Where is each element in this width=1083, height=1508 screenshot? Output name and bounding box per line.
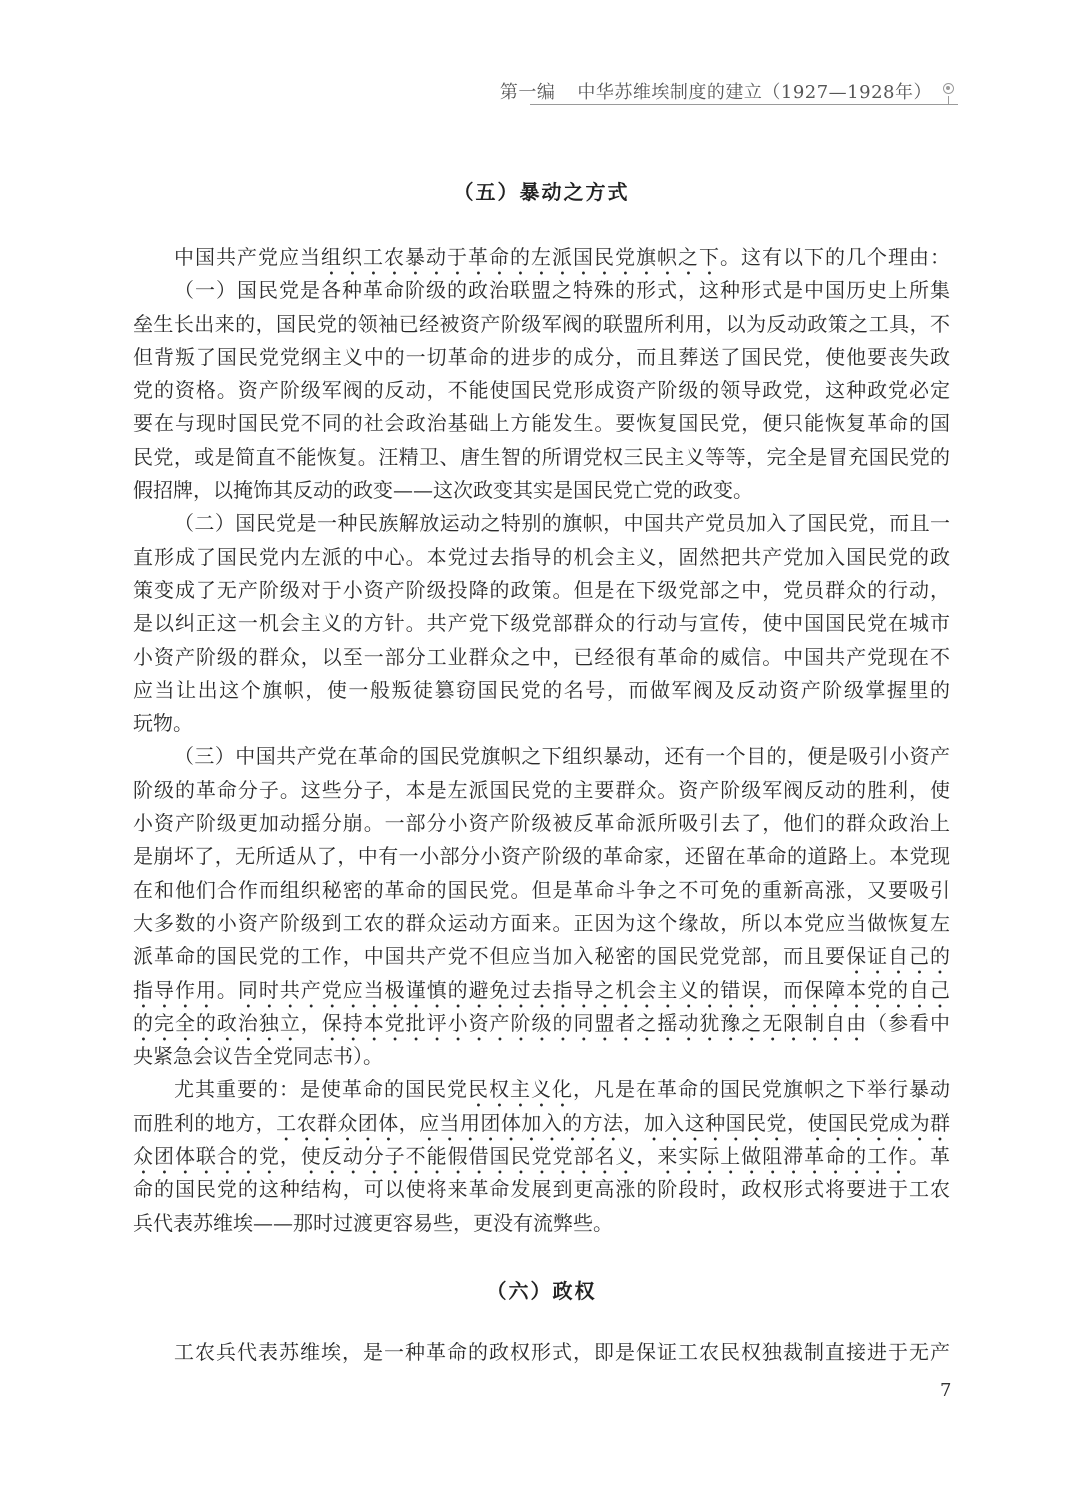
- text-segment: 小资产阶级的群众，以至一部分工业群众之中，已经很有革命的威信。中国共产党现在不: [133, 645, 950, 669]
- emphasized-text: 指导作用。同时共产党应当极谨慎的避免过去指导之机会主义的错误，而保障本党的自己: [133, 978, 950, 1002]
- text-segment: 应当让出这个旗帜，使一般叛徒篡窃国民党的名号，而做军阀及反动资产阶级掌握里的: [133, 678, 950, 702]
- text-segment: 工农兵代表苏维埃，是一种革命的政权形式，即是保证工农民权独裁制直接进于无产: [174, 1340, 950, 1364]
- text-line: 小资产阶级更加动摇分崩。一部分小资产阶级被反革命派所吸引去了，他们的群众政治上: [133, 807, 950, 840]
- text-segment: 尤其重要的：是使革命的国民党: [174, 1077, 468, 1101]
- text-segment: 。革: [909, 1144, 950, 1168]
- text-line: （三）中国共产党在革命的国民党旗帜之下组织暴动，还有一个目的，便是吸引小资产: [133, 740, 950, 773]
- text-line: 是崩坏了，无所适从了，中有一小部分小资产阶级的革命家，还留在革命的道路上。本党现: [133, 840, 950, 873]
- section-5-body: 中国共产党应当组织工农暴动于革命的左派国民党旗帜之下。这有以下的几个理由：（一）…: [133, 241, 950, 1240]
- text-line: 玩物。: [133, 707, 950, 740]
- text-segment: 党的资格。资产阶级军阀的反动，不能使国民党形成资产阶级的领导政党，这种政党必定: [133, 378, 950, 402]
- text-segment: 策变成了无产阶级对于小资产阶级投降的政策。但是在下级党部之中，党员群众的行动，: [133, 578, 950, 602]
- text-line: 小资产阶级的群众，以至一部分工业群众之中，已经很有革命的威信。中国共产党现在不: [133, 641, 950, 674]
- text-segment: （参看中: [867, 1011, 950, 1035]
- text-line: 尤其重要的：是使革命的国民党民权主义化，凡是在革命的国民党旗帜之下举行暴动: [133, 1073, 950, 1106]
- text-line: （一）国民党是各种革命阶级的政治联盟之特殊的形式，这种形式是中国历史上所集: [133, 274, 950, 307]
- text-line: 假招牌，以掩饰其反动的政变——这次政变其实是国民党亡党的政变。: [133, 474, 950, 507]
- text-segment: 派革命的国民党的工作，中国共产党不但应当加入秘密的国民党党部，而且要: [133, 944, 846, 968]
- emphasized-text: 工农群众团体，应当用团体加入的方法，加入这种国民党，使国民党成为群: [276, 1111, 950, 1135]
- text-line: 众团体联合的党，使反动分子不能假借国民党党部名义，来实际上做阻滞革命的工作。革: [133, 1140, 950, 1173]
- section-6-body: 工农兵代表苏维埃，是一种革命的政权形式，即是保证工农民权独裁制直接进于无产: [133, 1336, 950, 1369]
- text-segment: 。这有以下的几个理由：: [720, 245, 950, 269]
- text-line: 命的国民党的这种结构，可以使将来革命发展到更高涨的阶段时，政权形式将要进于工农: [133, 1173, 950, 1206]
- text-line: 党的资格。资产阶级军阀的反动，不能使国民党形成资产阶级的领导政党，这种政党必定: [133, 374, 950, 407]
- text-line: 应当让出这个旗帜，使一般叛徒篡窃国民党的名号，而做军阀及反动资产阶级掌握里的: [133, 674, 950, 707]
- header-text: 第一编中华苏维埃制度的建立（1927—1928年）: [500, 78, 932, 104]
- text-line: 央紧急会议告全党同志书）。: [133, 1040, 950, 1073]
- text-segment: 在和他们合作而组织秘密的革命的国民党。但是革命斗争之不可免的重新高涨，又要吸引: [133, 878, 950, 902]
- text-segment: 小资产阶级更加动摇分崩。一部分小资产阶级被反革命派所吸引去了，他们的群众政治上: [133, 811, 950, 835]
- text-segment: 假招牌，以掩饰其反动的政变——这次政变其实是国民党亡党的政变。: [133, 478, 753, 502]
- emphasized-text: 的完全的政治独立，保持本党批评小资产阶级的同盟者之摇动犹豫之无限制自由: [133, 1011, 867, 1035]
- text-line: 大多数的小资产阶级到工农的群众运动方面来。正因为这个缘故，所以本党应当做恢复左: [133, 907, 950, 940]
- emphasized-text: 保证自己的: [846, 944, 950, 968]
- text-line: 是以纠正这一机会主义的方针。共产党下级党部群众的行动与宣传，使中国国民党在城市: [133, 607, 950, 640]
- circle-bullet-icon: [943, 83, 954, 94]
- text-segment: 中国共产党应当: [174, 245, 321, 269]
- text-segment: 兵代表苏维埃——那时过渡更容易些，更没有流弊些。: [133, 1211, 613, 1235]
- text-line: 的完全的政治独立，保持本党批评小资产阶级的同盟者之摇动犹豫之无限制自由（参看中: [133, 1007, 950, 1040]
- text-line: 派革命的国民党的工作，中国共产党不但应当加入秘密的国民党党部，而且要保证自己的: [133, 940, 950, 973]
- text-segment: 而胜利的地方，: [133, 1111, 276, 1135]
- text-line: 在和他们合作而组织秘密的革命的国民党。但是革命斗争之不可免的重新高涨，又要吸引: [133, 874, 950, 907]
- page-number: 7: [940, 1380, 951, 1401]
- text-line: （二）国民党是一种民族解放运动之特别的旗帜，中国共产党员加入了国民党，而且一: [133, 507, 950, 540]
- header-title: 中华苏维埃制度的建立（1927—1928年）: [577, 82, 932, 103]
- text-line: 民党，或是简直不能恢复。汪精卫、唐生智的所谓党权三民主义等等，完全是冒充国民党的: [133, 441, 950, 474]
- text-line: 兵代表苏维埃——那时过渡更容易些，更没有流弊些。: [133, 1207, 950, 1240]
- text-segment: 是以纠正这一机会主义的方针。共产党下级党部群众的行动与宣传，使中国国民党在城市: [133, 611, 950, 635]
- text-segment: 命的国民党的这种结构，可以使将来革命发展到更高涨的阶段时，政权形式将要进于工农: [133, 1177, 950, 1201]
- text-segment: ，凡是在革命的国民党旗帜之下举行暴动: [573, 1077, 950, 1101]
- text-segment: （三）中国共产党在革命的国民党旗帜之下组织暴动，还有一个目的，便是吸引小资产: [174, 744, 950, 768]
- emphasized-text: 组织工农暴动于革命的左派国民党旗帜之下: [321, 245, 720, 269]
- text-line: 工农兵代表苏维埃，是一种革命的政权形式，即是保证工农民权独裁制直接进于无产: [133, 1336, 950, 1369]
- text-segment: 民党，或是简直不能恢复。汪精卫、唐生智的所谓党权三民主义等等，完全是冒充国民党的: [133, 445, 950, 469]
- text-segment: 是崩坏了，无所适从了，中有一小部分小资产阶级的革命家，还留在革命的道路上。本党现: [133, 844, 950, 868]
- header-part: 第一编: [500, 82, 556, 103]
- text-line: 指导作用。同时共产党应当极谨慎的避免过去指导之机会主义的错误，而保障本党的自己: [133, 974, 950, 1007]
- text-line: 阶级的革命分子。这些分子，本是左派国民党的主要群众。资产阶级军阀反动的胜利，使: [133, 774, 950, 807]
- running-header: 第一编中华苏维埃制度的建立（1927—1928年）: [530, 74, 958, 105]
- emphasized-text: 民权主义化: [468, 1077, 573, 1101]
- text-line: 策变成了无产阶级对于小资产阶级投降的政策。但是在下级党部之中，党员群众的行动，: [133, 574, 950, 607]
- text-segment: 要在与现时国民党不同的社会政治基础上方能发生。要恢复国民党，便只能恢复革命的国: [133, 411, 950, 435]
- text-segment: 垒生长出来的，国民党的领袖已经被资产阶级军阀的联盟所利用，以为反动政策之工具，不: [133, 312, 950, 336]
- text-segment: 直形成了国民党内左派的中心。本党过去指导的机会主义，固然把共产党加入国民党的政: [133, 545, 950, 569]
- emphasized-text: 众团体联合的党，使反动分子不能假借国民党党部名义，来实际上做阻滞革命的工作: [133, 1144, 909, 1168]
- header-rule-tick: [948, 96, 949, 105]
- text-segment: 央紧急会议告全党同志书）。: [133, 1044, 383, 1068]
- text-segment: （二）国民党是一种民族解放运动之特别的旗帜，中国共产党员加入了国民党，而且一: [174, 511, 950, 535]
- section-title-6: （六）政权: [0, 1275, 1083, 1304]
- text-line: 要在与现时国民党不同的社会政治基础上方能发生。要恢复国民党，便只能恢复革命的国: [133, 407, 950, 440]
- text-segment: 玩物。: [133, 711, 193, 735]
- text-line: 而胜利的地方，工农群众团体，应当用团体加入的方法，加入这种国民党，使国民党成为群: [133, 1107, 950, 1140]
- text-line: 垒生长出来的，国民党的领袖已经被资产阶级军阀的联盟所利用，以为反动政策之工具，不: [133, 308, 950, 341]
- text-line: 但背叛了国民党党纲主义中的一切革命的进步的成分，而且葬送了国民党，使他要丧失政: [133, 341, 950, 374]
- text-segment: 大多数的小资产阶级到工农的群众运动方面来。正因为这个缘故，所以本党应当做恢复左: [133, 911, 950, 935]
- text-line: 直形成了国民党内左派的中心。本党过去指导的机会主义，固然把共产党加入国民党的政: [133, 541, 950, 574]
- section-title-5: （五）暴动之方式: [0, 176, 1083, 205]
- text-segment: 阶级的革命分子。这些分子，本是左派国民党的主要群众。资产阶级军阀反动的胜利，使: [133, 778, 950, 802]
- text-segment: （一）国民党是各种革命阶级的政治联盟之特殊的形式，这种形式是中国历史上所集: [174, 278, 950, 302]
- text-line: 中国共产党应当组织工农暴动于革命的左派国民党旗帜之下。这有以下的几个理由：: [133, 241, 950, 274]
- text-segment: 但背叛了国民党党纲主义中的一切革命的进步的成分，而且葬送了国民党，使他要丧失政: [133, 345, 950, 369]
